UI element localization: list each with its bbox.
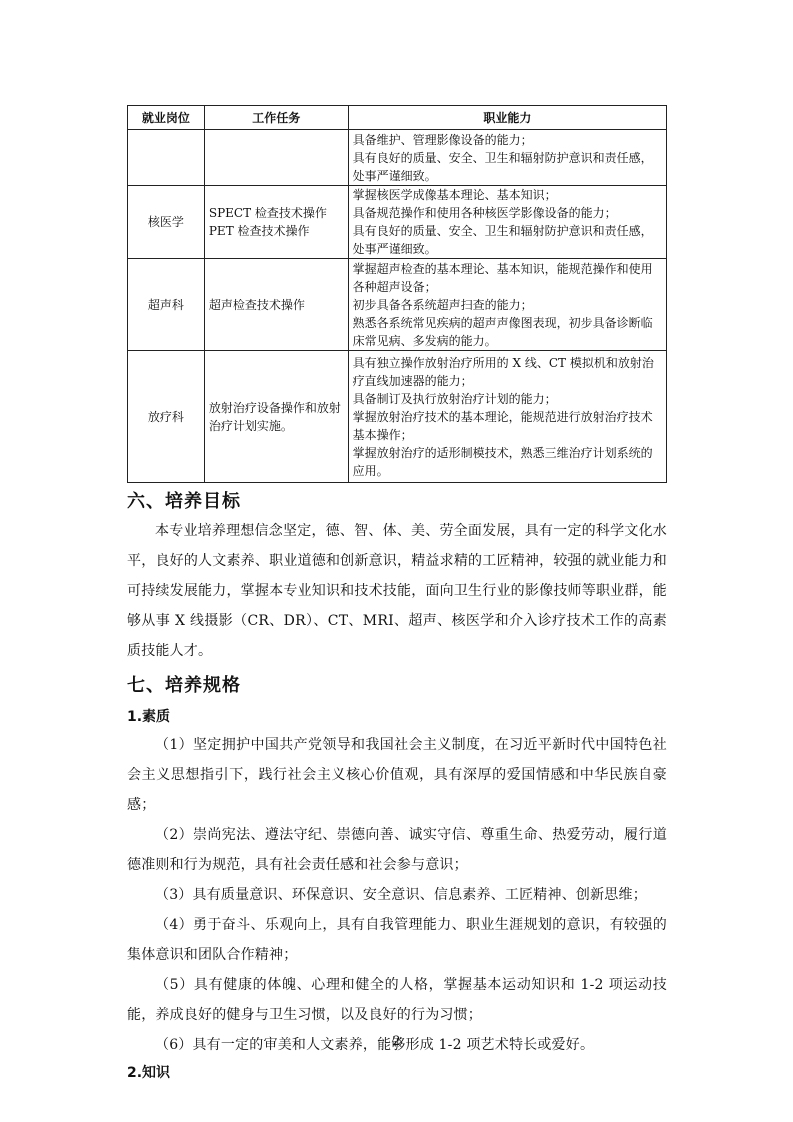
list-item: （1）坚定拥护中国共产党领导和我国社会主义制度，在习近平新时代中国特色社会主义思…: [127, 730, 667, 820]
header-position: 就业岗位: [128, 106, 205, 130]
ability-line: 具有良好的质量、安全、卫生和辐射防护意识和责任感，处事严谨细致。: [353, 149, 662, 185]
table-row: 放疗科 放射治疗设备操作和放射治疗计划实施。 具有独立操作放射治疗所用的 X 线…: [128, 351, 667, 483]
ability-cell: 具备维护、管理影像设备的能力； 具有良好的质量、安全、卫生和辐射防护意识和责任感…: [348, 130, 666, 186]
task-line: 放射治疗设备操作和放射治疗计划实施。: [209, 399, 344, 435]
task-line: PET 检查技术操作: [209, 222, 344, 240]
position-cell: 放疗科: [128, 351, 205, 483]
ability-cell: 具有独立操作放射治疗所用的 X 线、CT 模拟机和放射治疗直线加速器的能力； 具…: [348, 351, 666, 483]
section-training-goals: 六、培养目标 本专业培养理想信念坚定，德、智、体、美、劳全面发展，具有一定的科学…: [127, 490, 667, 666]
ability-line: 掌握放射治疗的适形制模技术，熟悉三维治疗计划系统的应用。: [353, 444, 662, 480]
table-row: 具备维护、管理影像设备的能力； 具有良好的质量、安全、卫生和辐射防护意识和责任感…: [128, 130, 667, 186]
table-row: 超声科 超声检查技术操作 掌握超声检查的基本理论、基本知识，能规范操作和使用各种…: [128, 259, 667, 351]
task-line: SPECT 检查技术操作: [209, 204, 344, 222]
ability-line: 具备维护、管理影像设备的能力；: [353, 131, 662, 149]
ability-line: 掌握核医学成像基本理论、基本知识；: [353, 186, 662, 204]
task-cell: SPECT 检查技术操作 PET 检查技术操作: [204, 186, 348, 259]
header-abilities: 职业能力: [348, 106, 666, 130]
list-item: （4）勇于奋斗、乐观向上，具有自我管理能力、职业生涯规划的意识，有较强的集体意识…: [127, 910, 667, 970]
task-line: 超声检查技术操作: [209, 296, 344, 314]
ability-line: 具有良好的质量、安全、卫生和辐射防护意识和责任感，处事严谨细致。: [353, 222, 662, 258]
page-number: 2: [0, 1034, 793, 1049]
subsection-title-knowledge: 2.知识: [127, 1062, 667, 1084]
section-training-specs: 七、培养规格 1.素质 （1）坚定拥护中国共产党领导和我国社会主义制度，在习近平…: [127, 674, 667, 1084]
header-tasks: 工作任务: [204, 106, 348, 130]
document-page: 就业岗位 工作任务 职业能力 具备维护、管理影像设备的能力； 具有良好的质量、安…: [0, 0, 793, 1122]
job-ability-table: 就业岗位 工作任务 职业能力 具备维护、管理影像设备的能力； 具有良好的质量、安…: [127, 105, 667, 483]
task-cell: [204, 130, 348, 186]
table-row: 核医学 SPECT 检查技术操作 PET 检查技术操作 掌握核医学成像基本理论、…: [128, 186, 667, 259]
task-cell: 放射治疗设备操作和放射治疗计划实施。: [204, 351, 348, 483]
position-cell: 超声科: [128, 259, 205, 351]
section-title: 六、培养目标: [127, 490, 667, 514]
list-item: （5）具有健康的体魄、心理和健全的人格，掌握基本运动知识和 1-2 项运动技能，…: [127, 970, 667, 1030]
position-cell: [128, 130, 205, 186]
ability-line: 具备规范操作和使用各种核医学影像设备的能力；: [353, 204, 662, 222]
task-cell: 超声检查技术操作: [204, 259, 348, 351]
ability-line: 掌握放射治疗技术的基本理论，能规范进行放射治疗技术基本操作；: [353, 408, 662, 444]
ability-line: 熟悉各系统常见疾病的超声声像图表现，初步具备诊断临床常见病、多发病的能力。: [353, 314, 662, 350]
ability-line: 具备制订及执行放射治疗计划的能力；: [353, 390, 662, 408]
position-cell: 核医学: [128, 186, 205, 259]
section-title: 七、培养规格: [127, 674, 667, 698]
list-item: （2）崇尚宪法、遵法守纪、崇德向善、诚实守信、尊重生命、热爱劳动，履行道德准则和…: [127, 820, 667, 880]
ability-cell: 掌握超声检查的基本理论、基本知识，能规范操作和使用各种超声设备； 初步具备各系统…: [348, 259, 666, 351]
list-item: （3）具有质量意识、环保意识、安全意识、信息素养、工匠精神、创新思维；: [127, 880, 667, 910]
quality-list: （1）坚定拥护中国共产党领导和我国社会主义制度，在习近平新时代中国特色社会主义思…: [127, 730, 667, 1060]
ability-line: 具有独立操作放射治疗所用的 X 线、CT 模拟机和放射治疗直线加速器的能力；: [353, 354, 662, 390]
ability-line: 掌握超声检查的基本理论、基本知识，能规范操作和使用各种超声设备；: [353, 260, 662, 296]
ability-line: 初步具备各系统超声扫查的能力；: [353, 296, 662, 314]
goals-paragraph: 本专业培养理想信念坚定，德、智、体、美、劳全面发展，具有一定的科学文化水平，良好…: [127, 516, 667, 666]
table-header-row: 就业岗位 工作任务 职业能力: [128, 106, 667, 130]
ability-cell: 掌握核医学成像基本理论、基本知识； 具备规范操作和使用各种核医学影像设备的能力；…: [348, 186, 666, 259]
subsection-title-quality: 1.素质: [127, 706, 667, 728]
